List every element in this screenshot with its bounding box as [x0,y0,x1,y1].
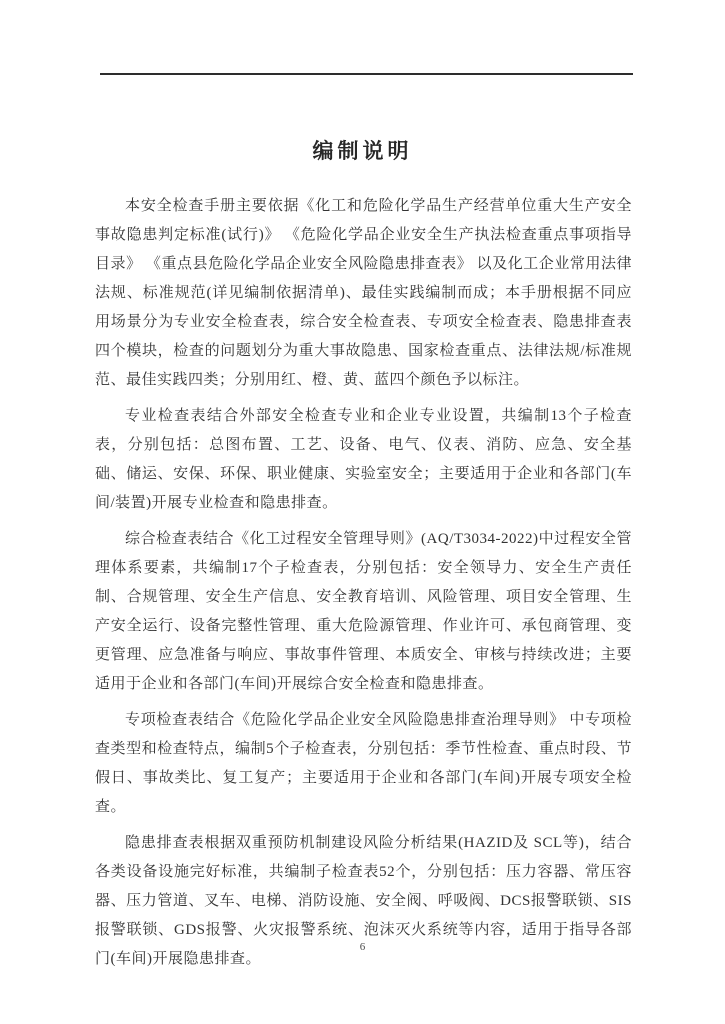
body-paragraph: 专项检查表结合《危险化学品企业安全风险隐患排查治理导则》 中专项检查类型和检查特… [95,706,632,822]
document-page: 编制说明 本安全检查手册主要依据《化工和危险化学品生产经营单位重大生产安全事故隐… [0,0,725,1024]
page-number: 6 [0,941,725,953]
document-body: 本安全检查手册主要依据《化工和危险化学品生产经营单位重大生产安全事故隐患判定标准… [95,192,632,974]
body-paragraph: 专业检查表结合外部安全检查专业和企业专业设置，共编制13个子检查表，分别包括：总… [95,402,632,518]
header-rule [100,73,633,75]
body-paragraph: 综合检查表结合《化工过程安全管理导则》(AQ/T3034-2022)中过程安全管… [95,525,632,699]
page-title: 编制说明 [0,135,725,165]
body-paragraph: 本安全检查手册主要依据《化工和危险化学品生产经营单位重大生产安全事故隐患判定标准… [95,192,632,395]
